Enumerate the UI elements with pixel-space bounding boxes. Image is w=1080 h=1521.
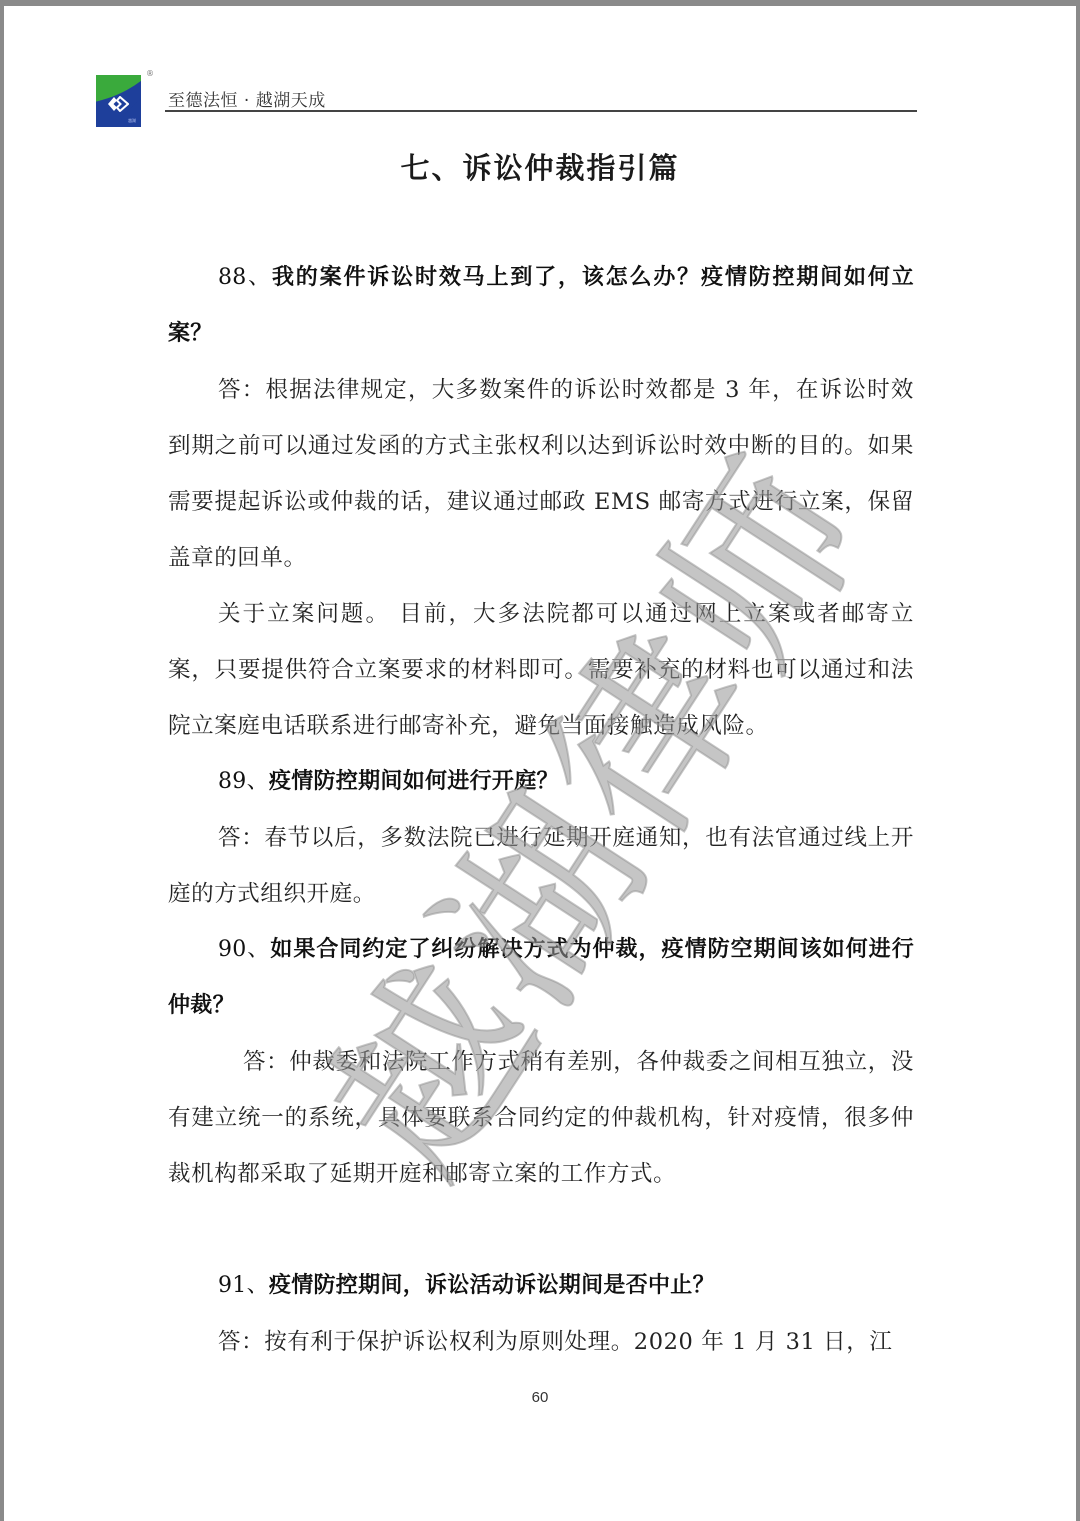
question-90: 90、如果合同约定了纠纷解决方式为仲裁，疫情防空期间该如何进行仲裁？ <box>168 922 914 1034</box>
page-number: 60 <box>4 1389 1076 1406</box>
question-number: 90、 <box>218 937 270 962</box>
firm-logo: 越湖 <box>96 75 141 127</box>
answer-88-p2: 关于立案问题。 目前，大多法院都可以通过网上立案或者邮寄立案，只要提供符合立案要… <box>168 586 914 754</box>
header-slogan: 至德法恒 · 越湖天成 <box>168 86 326 111</box>
question-number: 91、 <box>218 1273 269 1298</box>
question-number: 89、 <box>218 769 269 794</box>
question-text: 如果合同约定了纠纷解决方式为仲裁，疫情防空期间该如何进行仲裁？ <box>168 937 914 1018</box>
question-text: 疫情防控期间，诉讼活动诉讼期间是否中止？ <box>269 1273 715 1298</box>
answer-89: 答：春节以后，多数法院已进行延期开庭通知，也有法官通过线上开庭的方式组织开庭。 <box>168 810 914 922</box>
document-page: 越湖 ® 至德法恒 · 越湖天成 七、诉讼仲裁指引篇 88、我的案件诉讼时效马上… <box>4 6 1076 1521</box>
answer-91: 答：按有利于保护诉讼权利为原则处理。2020 年 1 月 31 日，江 <box>168 1314 914 1370</box>
question-number: 88、 <box>218 265 272 290</box>
question-89: 89、疫情防控期间如何进行开庭？ <box>168 754 914 810</box>
question-88: 88、我的案件诉讼时效马上到了，该怎么办？疫情防控期间如何立案？ <box>168 250 914 362</box>
question-text: 疫情防控期间如何进行开庭？ <box>269 769 559 794</box>
registered-mark: ® <box>146 69 154 78</box>
logo-diamond-icon <box>107 96 129 112</box>
header-divider <box>165 110 917 112</box>
logo-small-text: 越湖 <box>128 118 136 124</box>
answer-90: 答：仲裁委和法院工作方式稍有差别，各仲裁委之间相互独立，没有建立统一的系统，具体… <box>168 1034 914 1202</box>
answer-88-p1: 答：根据法律规定，大多数案件的诉讼时效都是 3 年，在诉讼时效到期之前可以通过发… <box>168 362 914 586</box>
chapter-title: 七、诉讼仲裁指引篇 <box>4 146 1076 187</box>
question-text: 我的案件诉讼时效马上到了，该怎么办？疫情防控期间如何立案？ <box>168 265 914 346</box>
question-91: 91、疫情防控期间，诉讼活动诉讼期间是否中止？ <box>168 1258 914 1314</box>
